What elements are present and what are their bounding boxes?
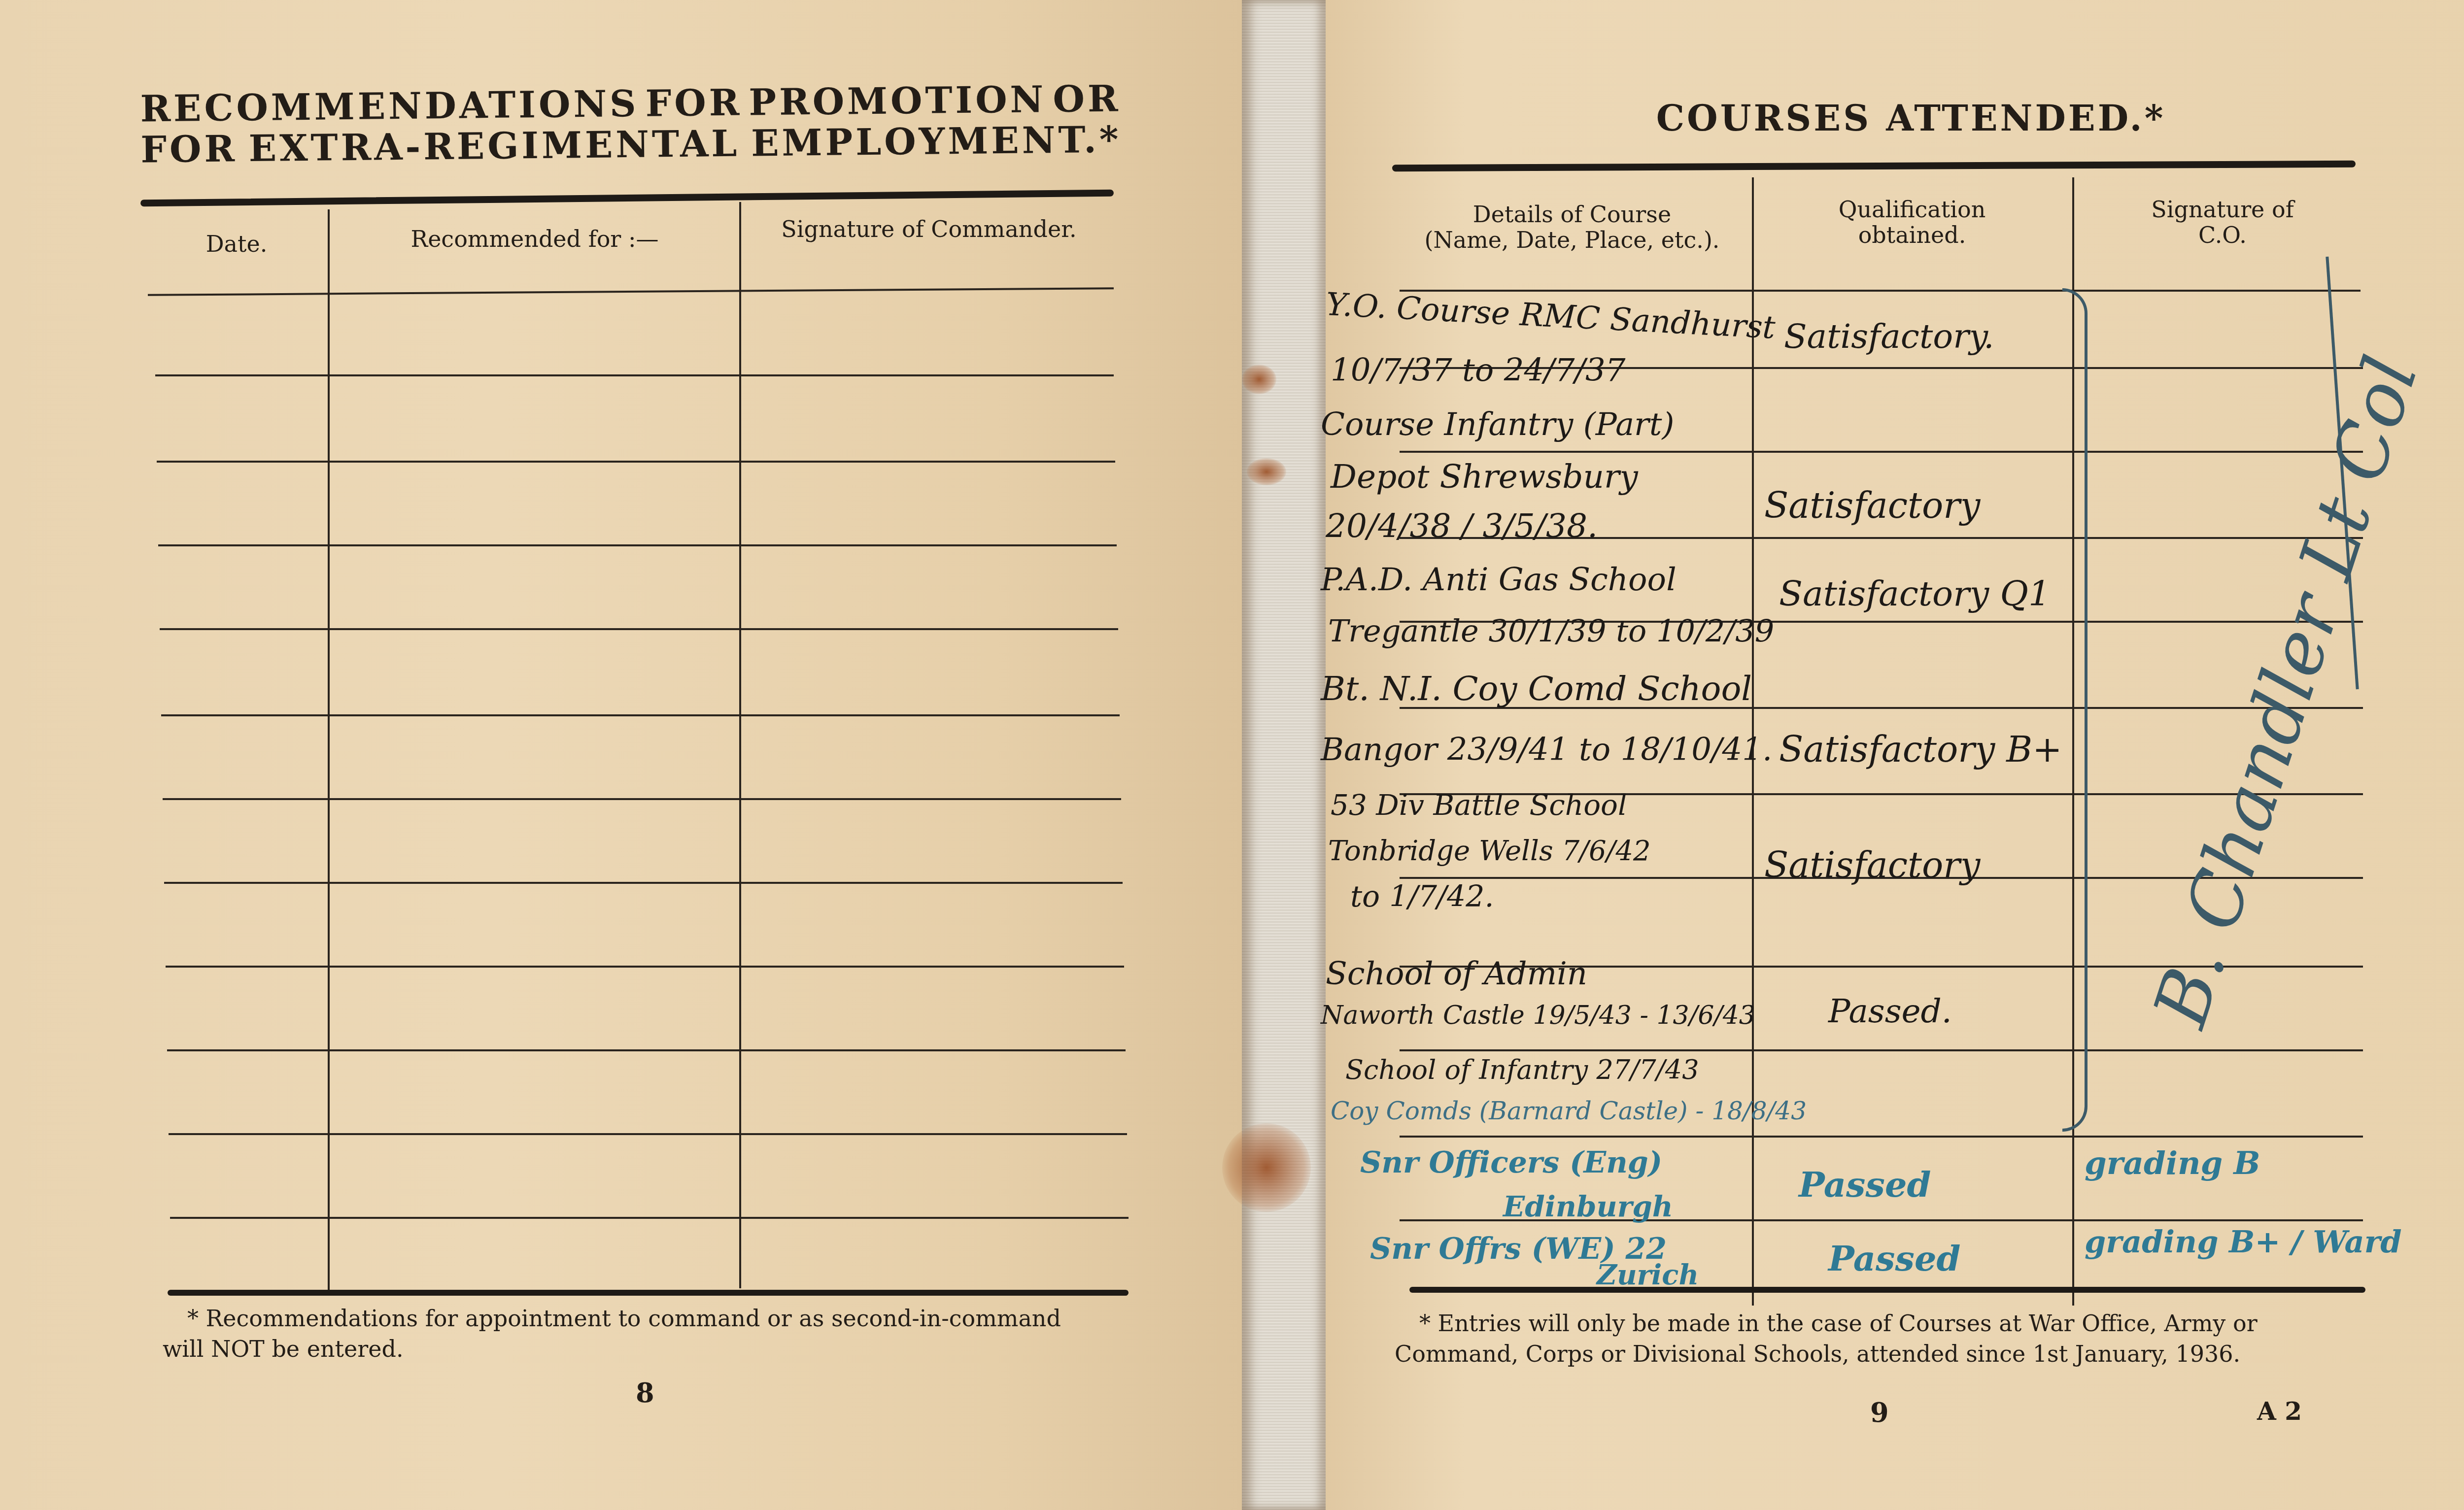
entry-9-line-2: Zurich: [1597, 1261, 1699, 1289]
table-row: [1400, 1049, 2363, 1051]
header-rule: [148, 287, 1114, 296]
entry-2-line-3: 20/4/38 / 3/5/38.: [1326, 510, 1598, 542]
rust-stain: [1222, 1123, 1311, 1212]
table-row: [163, 798, 1121, 800]
page-number-9: 9: [1870, 1397, 1889, 1428]
col-header-signature: Signature of Commander.: [742, 217, 1116, 242]
entry-7-line-1: School of Infantry 27/7/43: [1345, 1057, 1699, 1083]
qualification-4: Satisfactory B+: [1779, 732, 2062, 767]
table-row: [157, 461, 1115, 463]
col-header-signature-co: Signature of C.O.: [2075, 197, 2370, 248]
co-note-8: grading B: [2085, 1148, 2260, 1179]
courses-header-rule: [1400, 290, 2361, 292]
table-row: [161, 714, 1120, 716]
right-footnote: * Entries will only be made in the case …: [1395, 1308, 2380, 1369]
qualification-5: Satisfactory: [1764, 847, 1980, 883]
table-row: [167, 1049, 1126, 1051]
page-number-8: 8: [636, 1377, 654, 1409]
qualification-2: Satisfactory: [1764, 488, 1980, 523]
table-row: [1400, 1136, 2363, 1138]
table-row: [164, 882, 1123, 884]
table-row: [170, 1217, 1129, 1219]
column-divider-1: [328, 209, 330, 1291]
signature-mark: A 2: [2257, 1397, 2302, 1426]
col-header-qualification: Qualification obtained.: [1754, 197, 2070, 248]
entry-6-line-1: School of Admin: [1326, 958, 1587, 990]
entry-2-line-2: Depot Shrewsbury: [1331, 461, 1638, 493]
courses-bottom-rule: [1409, 1287, 2365, 1293]
entry-5-line-1: 53 Div Battle School: [1331, 791, 1627, 819]
qualification-1: Satisfactory.: [1784, 320, 1994, 354]
table-row: [166, 966, 1124, 968]
rust-stain: [1242, 365, 1276, 394]
table-row: [169, 1133, 1127, 1135]
table-row: [1400, 451, 2363, 453]
bottom-rule: [168, 1290, 1129, 1296]
courses-attended-title: COURSES ATTENDED.*: [1326, 99, 2464, 138]
entry-3-line-1: P.A.D. Anti Gas School: [1321, 564, 1677, 596]
entry-5-line-2: Tonbridge Wells 7/6/42: [1328, 838, 1651, 865]
co-note-9: grading B+ / Ward: [2085, 1227, 2402, 1257]
qualification-3: Satisfactory Q1: [1779, 576, 2050, 611]
entry-6-line-2: Naworth Castle 19/5/43 - 13/6/43: [1321, 1003, 1755, 1028]
table-row: [158, 544, 1117, 546]
entry-8-line-1: Snr Officers (Eng): [1360, 1148, 1662, 1177]
entry-2-line-1: Course Infantry (Part): [1321, 409, 1674, 440]
col-header-details: Details of Course (Name, Date, Place, et…: [1397, 202, 1747, 253]
column-divider-2: [739, 202, 741, 1288]
table-row: [160, 628, 1118, 630]
entry-3-line-2: Tregantle 30/1/39 to 10/2/39: [1328, 616, 1774, 646]
title-line-2: FOR EXTRA-REGIMENTAL EMPLOYMENT.*: [140, 119, 1122, 170]
left-footnote: * Recommendations for appointment to com…: [163, 1303, 1138, 1364]
rust-stain: [1247, 458, 1286, 485]
entry-5-line-3: to 1/7/42.: [1350, 882, 1494, 911]
entry-4-line-2: Bangor 23/9/41 to 18/10/41.: [1321, 734, 1772, 766]
qualification-9: Passed: [1828, 1242, 1960, 1276]
signature-brace: [2062, 288, 2088, 1132]
col-header-date: Date.: [148, 232, 325, 257]
entry-4-line-1: Bt. N.I. Coy Comd School: [1321, 672, 1752, 706]
title-rule: [140, 190, 1114, 207]
entry-8-line-2: Edinburgh: [1503, 1192, 1673, 1221]
qualification-6: Passed.: [1828, 995, 1952, 1028]
col-header-recommended-for: Recommended for :—: [330, 227, 739, 252]
book-spine: [1242, 0, 1326, 1510]
recommendations-title: RECOMMENDATIONS FOR PROMOTION OR FOR EXT…: [140, 79, 1122, 171]
left-page: RECOMMENDATIONS FOR PROMOTION OR FOR EXT…: [0, 0, 1242, 1510]
qualification-8: Passed: [1799, 1168, 1931, 1202]
entry-1-line-2: 10/7/37 to 24/7/37: [1331, 355, 1625, 386]
table-row: [155, 374, 1114, 376]
entry-7-line-2: Coy Comds (Barnard Castle) - 18/8/43: [1331, 1099, 1807, 1123]
